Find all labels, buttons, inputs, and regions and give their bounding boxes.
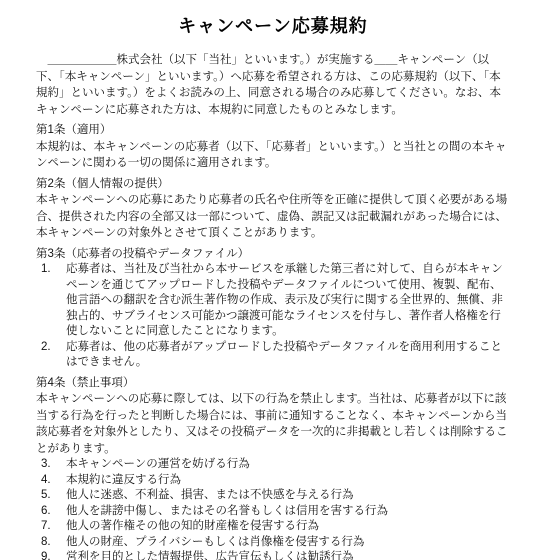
list-item-number: 1. — [36, 262, 66, 340]
article-3-list: 1. 応募者は、当社及び当社から本サービスを承継した第三者に対して、自らが本キャ… — [36, 262, 510, 371]
article-2-heading: 第2条（個人情報の提供） — [36, 176, 510, 193]
list-item: 1. 応募者は、当社及び当社から本サービスを承継した第三者に対して、自らが本キャ… — [36, 262, 510, 340]
article-4-body: 本キャンペーンへの応募に際しては、以下の行為を禁止します。当社は、応募者が以下に… — [36, 391, 510, 457]
list-item-text: 本キャンペーンの運営を妨げる行為 — [66, 457, 510, 473]
list-item-number: 2. — [36, 340, 66, 371]
section-article-2: 第2条（個人情報の提供） 本キャンペーンへの応募にあたり応募者の氏名や住所等を正… — [36, 176, 510, 242]
list-item: 6. 他人を誹謗中傷し、またはその名誉もしくは信用を害する行為 — [36, 504, 510, 520]
list-item: 2. 応募者は、他の応募者がアップロードした投稿やデータファイルを商用利用するこ… — [36, 340, 510, 371]
list-item-number: 6. — [36, 504, 66, 520]
section-article-1: 第1条（適用） 本規約は、本キャンペーンの応募者（以下、「応募者」といいます。）… — [36, 122, 510, 172]
list-item-number: 7. — [36, 519, 66, 535]
article-4-list: 3. 本キャンペーンの運営を妨げる行為 4. 本規約に違反する行為 5. 他人に… — [36, 457, 510, 560]
list-item-text: 他人を誹謗中傷し、またはその名誉もしくは信用を害する行為 — [66, 504, 510, 520]
section-article-4: 第4条（禁止事項） 本キャンペーンへの応募に際しては、以下の行為を禁止します。当… — [36, 375, 510, 560]
list-item-number: 9. — [36, 550, 66, 560]
list-item-text: 他人に迷惑、不利益、損害、または不快感を与える行為 — [66, 488, 510, 504]
page-title: キャンペーン応募規約 — [36, 14, 510, 38]
list-item-number: 8. — [36, 535, 66, 551]
list-item-number: 4. — [36, 473, 66, 489]
section-article-3: 第3条（応募者の投稿やデータファイル） 1. 応募者は、当社及び当社から本サービ… — [36, 246, 510, 371]
list-item-number: 5. — [36, 488, 66, 504]
list-item-text: 他人の財産、プライバシーもしくは肖像権を侵害する行為 — [66, 535, 510, 551]
list-item: 7. 他人の著作権その他の知的財産権を侵害する行為 — [36, 519, 510, 535]
list-item-number: 3. — [36, 457, 66, 473]
list-item-text: 他人の著作権その他の知的財産権を侵害する行為 — [66, 519, 510, 535]
intro-paragraph: ＿＿＿＿＿＿株式会社（以下「当社」といいます。）が実施する＿＿キャンペーン（以下… — [36, 52, 510, 118]
article-2-body: 本キャンペーンへの応募にあたり応募者の氏名や住所等を正確に提供して頂く必要がある… — [36, 192, 510, 242]
article-3-heading: 第3条（応募者の投稿やデータファイル） — [36, 246, 510, 263]
list-item: 8. 他人の財産、プライバシーもしくは肖像権を侵害する行為 — [36, 535, 510, 551]
list-item: 3. 本キャンペーンの運営を妨げる行為 — [36, 457, 510, 473]
article-4-heading: 第4条（禁止事項） — [36, 375, 510, 392]
list-item-text: 応募者は、当社及び当社から本サービスを承継した第三者に対して、自らが本キャンペー… — [66, 262, 510, 340]
list-item: 5. 他人に迷惑、不利益、損害、または不快感を与える行為 — [36, 488, 510, 504]
list-item: 4. 本規約に違反する行為 — [36, 473, 510, 489]
terms-document-page: キャンペーン応募規約 ＿＿＿＿＿＿株式会社（以下「当社」といいます。）が実施する… — [0, 0, 536, 560]
list-item-text: 本規約に違反する行為 — [66, 473, 510, 489]
list-item-text: 応募者は、他の応募者がアップロードした投稿やデータファイルを商用利用することはで… — [66, 340, 510, 371]
article-1-body: 本規約は、本キャンペーンの応募者（以下、「応募者」といいます。）と当社との間の本… — [36, 139, 510, 172]
article-1-heading: 第1条（適用） — [36, 122, 510, 139]
list-item: 9. 営利を目的とした情報提供、広告宣伝もしくは勧誘行為 — [36, 550, 510, 560]
list-item-text: 営利を目的とした情報提供、広告宣伝もしくは勧誘行為 — [66, 550, 510, 560]
